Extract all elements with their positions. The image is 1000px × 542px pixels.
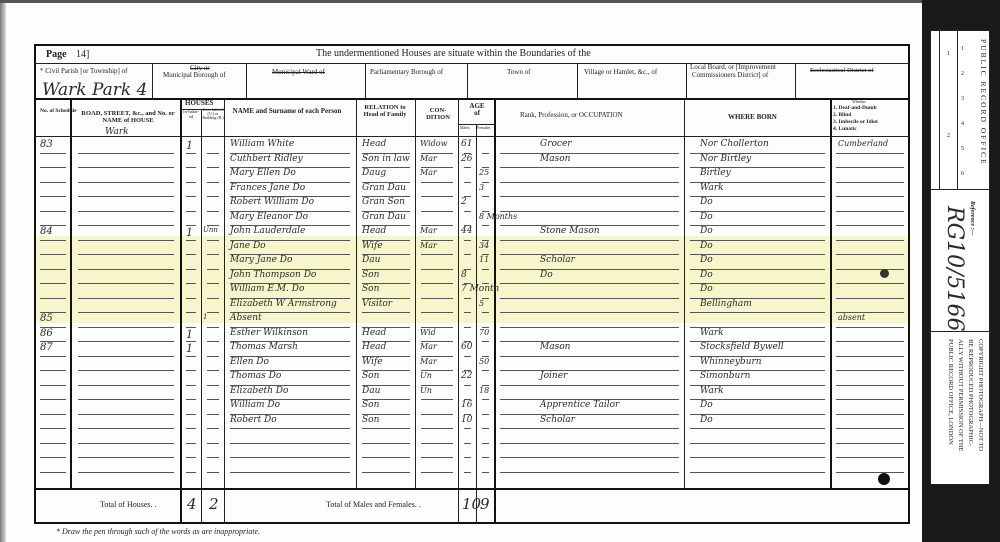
row-rule bbox=[464, 356, 471, 357]
row-rule bbox=[500, 211, 679, 212]
row-rule bbox=[836, 385, 904, 386]
cell-condition: Mar bbox=[420, 358, 437, 366]
copyright-line-2: BE REPRODUCED PHOTOGRAPHIC- bbox=[967, 339, 974, 446]
cell-relation: Son bbox=[362, 271, 379, 280]
cell-schedule: 84 bbox=[40, 227, 53, 237]
cell-schedule: 85 bbox=[40, 314, 53, 324]
row-rule bbox=[836, 414, 904, 415]
cell-infirmity: Cumberland bbox=[838, 140, 888, 148]
row-rule bbox=[500, 428, 679, 429]
row-rule bbox=[78, 240, 174, 241]
row-rule bbox=[186, 356, 196, 357]
row-rule bbox=[464, 443, 471, 444]
cell-relation: Wife bbox=[362, 358, 383, 367]
row-rule bbox=[362, 443, 410, 444]
row-rule bbox=[230, 472, 350, 473]
divider bbox=[35, 488, 909, 490]
row-rule bbox=[421, 211, 453, 212]
cell-name: Elizabeth W Armstrong bbox=[230, 300, 337, 309]
row-rule bbox=[421, 283, 453, 284]
cell-relation: Gran Dau bbox=[362, 213, 406, 222]
pro-reference-ruler: 1 2 1 2 3 4 5 6 PUBLIC RECORD OFFICE Ref… bbox=[930, 30, 990, 485]
divider bbox=[577, 64, 578, 98]
cell-male-age: 8 bbox=[461, 271, 467, 280]
cell-female-age: 50 bbox=[479, 358, 489, 366]
row-rule bbox=[78, 182, 174, 183]
row-rule bbox=[78, 327, 174, 328]
col-line bbox=[458, 99, 459, 524]
row-rule bbox=[482, 341, 489, 342]
header-infirmity-1: 1. Deaf-and-Dumb bbox=[833, 106, 877, 112]
row-rule bbox=[500, 356, 679, 357]
cell-name: William White bbox=[230, 140, 294, 149]
cell-relation: Son in law bbox=[362, 155, 410, 164]
cell-male-age: 7 Month bbox=[461, 285, 499, 294]
cell-male-age: 2 bbox=[461, 198, 467, 207]
col-line bbox=[494, 99, 496, 524]
row-rule bbox=[362, 457, 410, 458]
cell-condition: Mar bbox=[420, 242, 437, 250]
row-rule bbox=[836, 283, 904, 284]
row-rule bbox=[186, 428, 196, 429]
cell-female-age: 25 bbox=[479, 169, 489, 177]
row-rule bbox=[500, 472, 679, 473]
row-rule bbox=[207, 370, 219, 371]
cell-occupation: Joiner bbox=[540, 372, 567, 381]
row-rule bbox=[186, 182, 196, 183]
row-rule bbox=[464, 167, 471, 168]
cell-name: Cuthbert Ridley bbox=[230, 155, 303, 164]
page-heading: The undermentioned Houses are situate wi… bbox=[316, 49, 591, 59]
row-rule bbox=[464, 182, 471, 183]
row-rule bbox=[421, 269, 453, 270]
row-rule bbox=[500, 153, 679, 154]
row-rule bbox=[500, 327, 679, 328]
row-rule bbox=[500, 414, 679, 415]
divider bbox=[35, 63, 909, 64]
ruler-number: 4 bbox=[961, 121, 964, 127]
row-rule bbox=[40, 457, 66, 458]
row-rule bbox=[482, 472, 489, 473]
page-label: Page bbox=[46, 50, 67, 60]
row-rule bbox=[421, 182, 453, 183]
cell-born: Nor Birtley bbox=[700, 155, 751, 164]
cell-name: William E.M. Do bbox=[230, 285, 304, 294]
row-rule bbox=[464, 254, 471, 255]
divider bbox=[246, 64, 247, 98]
row-rule bbox=[690, 443, 825, 444]
cell-occupation: Mason bbox=[540, 155, 570, 164]
divider bbox=[467, 64, 468, 98]
row-rule bbox=[836, 254, 904, 255]
inch-mark: 2 bbox=[947, 133, 950, 139]
ruler-number: 6 bbox=[961, 171, 964, 177]
header-females: Females bbox=[477, 126, 490, 130]
row-rule bbox=[207, 356, 219, 357]
row-rule bbox=[690, 457, 825, 458]
parliamentary-borough-label: Parliamentary Borough of bbox=[370, 69, 443, 76]
row-rule bbox=[207, 472, 219, 473]
row-rule bbox=[690, 472, 825, 473]
cell-condition: Mar bbox=[420, 227, 437, 235]
cell-relation: Visitor bbox=[362, 300, 392, 309]
row-rule bbox=[500, 254, 679, 255]
row-rule bbox=[186, 153, 196, 154]
row-rule bbox=[500, 385, 679, 386]
cell-born: Do bbox=[700, 213, 713, 222]
copyright-line-4: PUBLIC RECORD OFFICE, LONDON bbox=[947, 339, 954, 445]
row-rule bbox=[78, 196, 174, 197]
row-rule bbox=[464, 327, 471, 328]
row-rule bbox=[421, 457, 453, 458]
cell-male-age: 60 bbox=[461, 343, 472, 352]
divider bbox=[35, 136, 909, 137]
cell-relation: Head bbox=[362, 329, 386, 338]
cell-condition: Wid bbox=[420, 329, 436, 337]
row-rule bbox=[40, 356, 66, 357]
row-rule bbox=[482, 312, 489, 313]
reference-value: RG10/5166 bbox=[942, 206, 967, 332]
row-rule bbox=[78, 254, 174, 255]
row-rule bbox=[836, 211, 904, 212]
row-rule bbox=[186, 443, 196, 444]
row-rule bbox=[186, 269, 196, 270]
cell-born: Do bbox=[700, 242, 713, 251]
row-rule bbox=[500, 196, 679, 197]
cell-male-age: 26 bbox=[461, 155, 472, 164]
row-rule bbox=[40, 182, 66, 183]
cell-name: Jane Do bbox=[230, 242, 266, 251]
cell-inhabited: 1 bbox=[186, 227, 193, 238]
row-rule bbox=[78, 153, 174, 154]
row-rule bbox=[690, 312, 825, 313]
header-infirmity-title: Whether bbox=[852, 100, 866, 104]
header-males: Males bbox=[460, 126, 470, 130]
row-rule bbox=[836, 153, 904, 154]
municipal-borough-label: Municipal Borough of bbox=[163, 72, 226, 79]
divider bbox=[35, 98, 909, 100]
cell-born: Do bbox=[700, 256, 713, 265]
cell-uninhabited: Unn bbox=[203, 227, 218, 234]
row-rule bbox=[40, 269, 66, 270]
row-rule bbox=[186, 196, 196, 197]
row-rule bbox=[78, 283, 174, 284]
row-rule bbox=[421, 428, 453, 429]
row-rule bbox=[40, 167, 66, 168]
row-rule bbox=[500, 167, 679, 168]
cell-name: Mary Eleanor Do bbox=[230, 213, 308, 222]
row-rule bbox=[78, 457, 174, 458]
row-rule bbox=[207, 298, 219, 299]
row-rule bbox=[207, 182, 219, 183]
row-rule bbox=[40, 298, 66, 299]
row-rule bbox=[207, 312, 219, 313]
row-rule bbox=[836, 370, 904, 371]
row-rule bbox=[40, 399, 66, 400]
row-rule bbox=[207, 428, 219, 429]
total-persons-label: Total of Males and Females. . bbox=[326, 501, 421, 509]
cell-born: Bellingham bbox=[700, 300, 752, 309]
row-rule bbox=[78, 341, 174, 342]
census-page: Page 14] The undermentioned Houses are s… bbox=[0, 0, 922, 542]
row-rule bbox=[482, 457, 489, 458]
row-rule bbox=[207, 283, 219, 284]
cell-schedule: 83 bbox=[40, 140, 53, 150]
cell-infirmity: absent bbox=[838, 314, 865, 322]
cell-condition: Mar bbox=[420, 169, 437, 177]
town-label: Town of bbox=[507, 69, 530, 76]
row-rule bbox=[186, 167, 196, 168]
col-line bbox=[180, 99, 182, 524]
row-rule bbox=[78, 356, 174, 357]
cell-female-age: 5 bbox=[479, 300, 484, 308]
cell-name: Thomas Marsh bbox=[230, 343, 298, 352]
row-rule bbox=[186, 370, 196, 371]
header-infirmity-4: 4. Lunatic bbox=[833, 127, 857, 133]
divider bbox=[795, 64, 796, 98]
row-rule bbox=[836, 457, 904, 458]
row-rule bbox=[836, 428, 904, 429]
ruler-line bbox=[957, 31, 958, 189]
cell-relation: Son bbox=[362, 285, 379, 294]
ecclesiastical-district-label: Ecclesiastical District of bbox=[810, 68, 874, 75]
col-line bbox=[224, 99, 225, 524]
divider bbox=[686, 64, 687, 98]
row-rule bbox=[836, 225, 904, 226]
page-edge-shadow bbox=[0, 0, 6, 542]
cell-name: Esther Wilkinson bbox=[230, 329, 308, 338]
header-infirmity-2: 2. Blind bbox=[833, 113, 851, 119]
row-rule bbox=[482, 399, 489, 400]
cell-female-age: 70 bbox=[479, 329, 489, 337]
cell-schedule: 86 bbox=[40, 329, 53, 339]
row-rule bbox=[421, 298, 453, 299]
total-inhabited: 4 bbox=[187, 497, 197, 512]
cell-relation: Wife bbox=[362, 242, 383, 251]
row-rule bbox=[207, 211, 219, 212]
cell-occupation: Mason bbox=[540, 343, 570, 352]
row-rule bbox=[500, 269, 679, 270]
row-rule bbox=[78, 443, 174, 444]
cell-born: Nor Chollerton bbox=[700, 140, 769, 149]
cell-born: Do bbox=[700, 401, 713, 410]
cell-occupation: Grocer bbox=[540, 140, 572, 149]
row-rule bbox=[230, 428, 350, 429]
row-rule bbox=[186, 399, 196, 400]
row-rule bbox=[836, 298, 904, 299]
cell-relation: Son bbox=[362, 416, 379, 425]
row-rule bbox=[482, 196, 489, 197]
row-rule bbox=[500, 370, 679, 371]
col-line bbox=[70, 99, 72, 488]
row-rule bbox=[186, 283, 196, 284]
row-rule bbox=[207, 443, 219, 444]
cell-occupation: Stone Mason bbox=[540, 227, 600, 236]
row-rule bbox=[186, 211, 196, 212]
row-rule bbox=[500, 341, 679, 342]
row-rule bbox=[230, 457, 350, 458]
cell-name: Elizabeth Do bbox=[230, 387, 288, 396]
row-rule bbox=[40, 196, 66, 197]
cell-inhabited: 1 bbox=[186, 140, 193, 151]
cell-name: Mary Ellen Do bbox=[230, 169, 296, 178]
ruler-number: 2 bbox=[961, 71, 964, 77]
row-rule bbox=[482, 269, 489, 270]
cell-relation: Head bbox=[362, 343, 386, 352]
cell-name: Mary Jane Do bbox=[230, 256, 292, 265]
row-rule bbox=[207, 399, 219, 400]
row-rule bbox=[464, 211, 471, 212]
row-rule bbox=[186, 240, 196, 241]
col-line bbox=[415, 99, 416, 488]
row-rule bbox=[836, 182, 904, 183]
cell-born: Do bbox=[700, 271, 713, 280]
ink-blot bbox=[878, 473, 890, 485]
ink-blot bbox=[880, 269, 889, 278]
row-rule bbox=[500, 443, 679, 444]
row-rule bbox=[464, 312, 471, 313]
row-rule bbox=[230, 443, 350, 444]
copyright-line-3: ALLY WITHOUT PERMISSION OF THE bbox=[957, 339, 964, 452]
row-rule bbox=[207, 457, 219, 458]
copyright-line-1: COPYRIGHT PHOTOGRAPH—NOT TO bbox=[977, 339, 984, 451]
cell-born: Do bbox=[700, 416, 713, 425]
row-rule bbox=[464, 240, 471, 241]
row-rule bbox=[78, 167, 174, 168]
row-rule bbox=[40, 283, 66, 284]
cell-female-age: 8 Months bbox=[479, 213, 517, 221]
cell-name: Robert William Do bbox=[230, 198, 314, 207]
row-rule bbox=[207, 385, 219, 386]
row-rule bbox=[186, 414, 196, 415]
divider bbox=[180, 109, 224, 110]
row-rule bbox=[78, 211, 174, 212]
header-houses: HOUSES bbox=[185, 100, 213, 107]
row-rule bbox=[40, 211, 66, 212]
row-rule bbox=[186, 298, 196, 299]
header-inhabited: In-habit-ed bbox=[182, 110, 200, 119]
cell-inhabited: 1 bbox=[186, 343, 193, 354]
cell-name: Frances Jane Do bbox=[230, 184, 305, 193]
row-rule bbox=[207, 341, 219, 342]
row-rule bbox=[421, 312, 453, 313]
row-rule bbox=[40, 414, 66, 415]
cell-born: Wark bbox=[700, 329, 724, 338]
row-rule bbox=[78, 269, 174, 270]
row-rule bbox=[186, 312, 196, 313]
row-rule bbox=[482, 428, 489, 429]
row-rule bbox=[40, 472, 66, 473]
cell-born: Whinneyburn bbox=[700, 358, 762, 367]
row-rule bbox=[836, 356, 904, 357]
row-rule bbox=[482, 443, 489, 444]
row-rule bbox=[40, 428, 66, 429]
cell-born: Do bbox=[700, 227, 713, 236]
row-rule bbox=[836, 399, 904, 400]
ruler-title: PUBLIC RECORD OFFICE bbox=[979, 39, 988, 166]
row-rule bbox=[78, 428, 174, 429]
cell-born: Simonburn bbox=[700, 372, 750, 381]
page-top-edge bbox=[0, 0, 922, 3]
page-number: 14] bbox=[76, 50, 89, 60]
cell-occupation: Do bbox=[540, 271, 553, 280]
cell-relation: Gran Dau bbox=[362, 184, 406, 193]
ruler-line bbox=[939, 31, 940, 189]
cell-male-age: 10 bbox=[461, 416, 472, 425]
ruler-number: 3 bbox=[961, 96, 964, 102]
reference-label: Reference :— bbox=[969, 201, 975, 236]
row-rule bbox=[421, 254, 453, 255]
cell-relation: Daug bbox=[362, 169, 386, 178]
cell-condition: Un bbox=[420, 387, 432, 395]
ruler-scale: 1 2 1 2 3 4 5 6 PUBLIC RECORD OFFICE bbox=[931, 31, 989, 190]
total-houses-label: Total of Houses. . bbox=[100, 501, 157, 509]
cell-born: Do bbox=[700, 285, 713, 294]
row-rule bbox=[362, 428, 410, 429]
footnote: * Draw the pen through such of the words… bbox=[56, 528, 260, 536]
row-rule bbox=[40, 443, 66, 444]
row-rule bbox=[186, 254, 196, 255]
row-rule bbox=[78, 312, 174, 313]
cell-occupation: Scholar bbox=[540, 416, 575, 425]
total-males: 10 bbox=[462, 497, 481, 512]
row-rule bbox=[78, 225, 174, 226]
cell-name: Ellen Do bbox=[230, 358, 269, 367]
row-rule bbox=[464, 298, 471, 299]
cell-condition: Widow bbox=[420, 140, 447, 148]
row-rule bbox=[40, 240, 66, 241]
row-rule bbox=[207, 240, 219, 241]
cell-name: Absent bbox=[230, 314, 262, 323]
total-uninhabited: 2 bbox=[209, 497, 219, 512]
row-rule bbox=[500, 312, 679, 313]
row-rule bbox=[464, 457, 471, 458]
ruler-number: 5 bbox=[961, 146, 964, 152]
cell-male-age: 44 bbox=[461, 227, 472, 236]
row-rule bbox=[78, 298, 174, 299]
cell-male-age: 22 bbox=[461, 372, 472, 381]
row-rule bbox=[464, 428, 471, 429]
row-rule bbox=[207, 327, 219, 328]
cell-condition: Un bbox=[420, 372, 432, 380]
row-rule bbox=[836, 240, 904, 241]
col-line bbox=[356, 99, 357, 488]
cell-inhabited: 1 bbox=[186, 329, 193, 340]
civil-parish-value: Wark Park 4 bbox=[42, 82, 147, 99]
row-rule bbox=[482, 414, 489, 415]
header-infirmity-3: 3. Imbecile or Idiot bbox=[833, 120, 878, 126]
header-road: ROAD, STREET, &c., and No. or NAME of HO… bbox=[78, 110, 178, 125]
row-rule bbox=[40, 385, 66, 386]
row-rule bbox=[78, 385, 174, 386]
row-rule bbox=[40, 153, 66, 154]
row-rule bbox=[207, 167, 219, 168]
row-rule bbox=[500, 283, 679, 284]
cell-name: William Do bbox=[230, 401, 280, 410]
row-rule bbox=[836, 196, 904, 197]
civil-parish-label: * Civil Parish [or Township] of bbox=[40, 68, 127, 75]
row-rule bbox=[836, 341, 904, 342]
row-rule bbox=[40, 370, 66, 371]
row-rule bbox=[836, 269, 904, 270]
village-label: Village or Hamlet, &c., of bbox=[584, 69, 657, 76]
row-rule bbox=[500, 298, 679, 299]
row-rule bbox=[836, 327, 904, 328]
row-rule bbox=[500, 182, 679, 183]
cell-condition: Mar bbox=[420, 155, 437, 163]
cell-occupation: Apprentice Tailor bbox=[540, 401, 619, 410]
col-line bbox=[684, 99, 685, 488]
